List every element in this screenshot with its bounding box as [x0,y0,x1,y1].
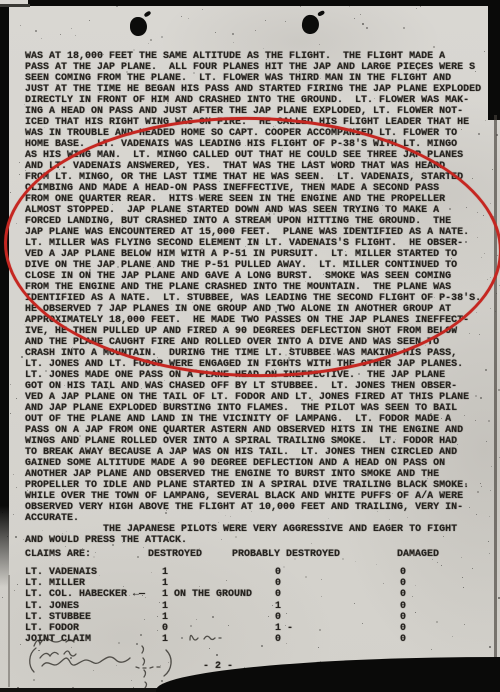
text-line: VED A JAP PLANE ON THE TAIL OF LT. FODOR… [25,392,493,403]
text-line: JUST AT THE TIME HE BEGAN HIS PASS AND S… [25,84,493,95]
scan-edge-top [28,0,500,6]
scan-edge-right [488,0,500,120]
ink-blot-mark [130,17,147,36]
claims-header-label: CLAIMS ARE: [25,549,91,560]
text-line: DIRECTLY IN FRONT OF HIM AND CRASHED INT… [25,95,493,106]
damaged-count: 0 [400,623,406,634]
destroyed-count: 1 ON THE GROUND [162,589,252,600]
claims-table-row: LT. MILLER 1 0 0 [0,578,500,589]
text-line: AND WOULD PRESS THE ATTACK. [25,535,493,546]
scan-edge-left [0,7,9,587]
scan-edge-right-faint [494,115,497,663]
text-line: PASS AT THE JAP PLANE. ALL FOUR PLANES H… [25,62,493,73]
text-line: ACCURATE. [25,513,493,524]
damaged-count: 0 [400,634,406,645]
text-line: OBSERVED VERY HIGH ABOVE THE FLIGHT AT 1… [25,502,493,513]
claims-header-destroyed: DESTROYED [148,549,202,560]
probably-destroyed-count: 0 [275,567,281,578]
text-line: SEEN COMING FROM THE PLANE. LT. FLOWER W… [25,73,493,84]
claims-table-row: LT. VADENAIS 1 0 0 [0,567,500,578]
text-line: PROPELLER TO IDLE AND PLANE STARTED IN A… [25,480,493,491]
text-line: GOT ON HIS TAIL AND WAS CHASED OFF BY LT… [25,381,493,392]
text-line: AND JAP PLANE EXPLODED BURSTING INTO FLA… [25,403,493,414]
text-line: WAS AT 18,000 FEET THE SAME ALTITUDE AS … [25,51,493,62]
pilot-name: LT. JONES [25,601,79,612]
destroyed-count: 1 [162,567,168,578]
probably-destroyed-count: 0 [275,578,281,589]
claims-table-row: LT. JONES 1 1 0 [0,601,500,612]
pilot-name: LT. VADENAIS [25,567,97,578]
text-line: OUT OF THE PLANE AND LAND IN THE VICINIT… [25,414,493,425]
damaged-count: 0 [400,578,406,589]
scan-edge-left-faint [8,575,10,687]
text-line: WINGS AND PLANE ROLLED OVER INTO A SPIRA… [25,436,493,447]
claims-table-row: LT. COL. HABECKER ←— 1 ON THE GROUND 0 0 [0,589,500,600]
text-line: PASS ON A JAP FROM ONE QUARTER ASTERN AN… [25,425,493,436]
text-line: TO BREAK AWAY BECAUSE A JAP WAS ON HIS T… [25,447,493,458]
damaged-count: 0 [400,589,406,600]
text-line: ANOTHER JAP PLANE AND OBSERVED THE ENGIN… [25,469,493,480]
claims-header-damaged: DAMAGED [397,549,439,560]
destroyed-count: 1 [162,578,168,589]
pilot-name: LT. COL. HABECKER ←— [25,589,145,600]
claims-header-probably-destroyed: PROBABLY DESTROYED [232,549,340,560]
damaged-count: 0 [400,601,406,612]
claims-table-header: CLAIMS ARE: DESTROYED PROBABLY DESTROYED… [0,549,500,560]
pilot-name: LT. MILLER [25,578,85,589]
damaged-count: 0 [400,567,406,578]
text-line: WHILE OVER THE TOWN OF LAMPANG, SEVERAL … [25,491,493,502]
scanned-report-page: WAS AT 18,000 FEET THE SAME ALTITUDE AS … [0,0,500,692]
text-line: ING A HEAD ON PASS AND JUST AFTER THE JA… [25,106,493,117]
probably-destroyed-count: 1 [275,601,281,612]
damaged-count: 0 [400,612,406,623]
text-line: GAINED SOME ALTITUDE MADE A 90 DEGREE DE… [25,458,493,469]
destroyed-count: 1 [162,601,168,612]
probably-destroyed-count: 0 [275,589,281,600]
text-line: THE JAPANESE PILOTS WERE VERY AGGRESSIVE… [25,524,493,535]
